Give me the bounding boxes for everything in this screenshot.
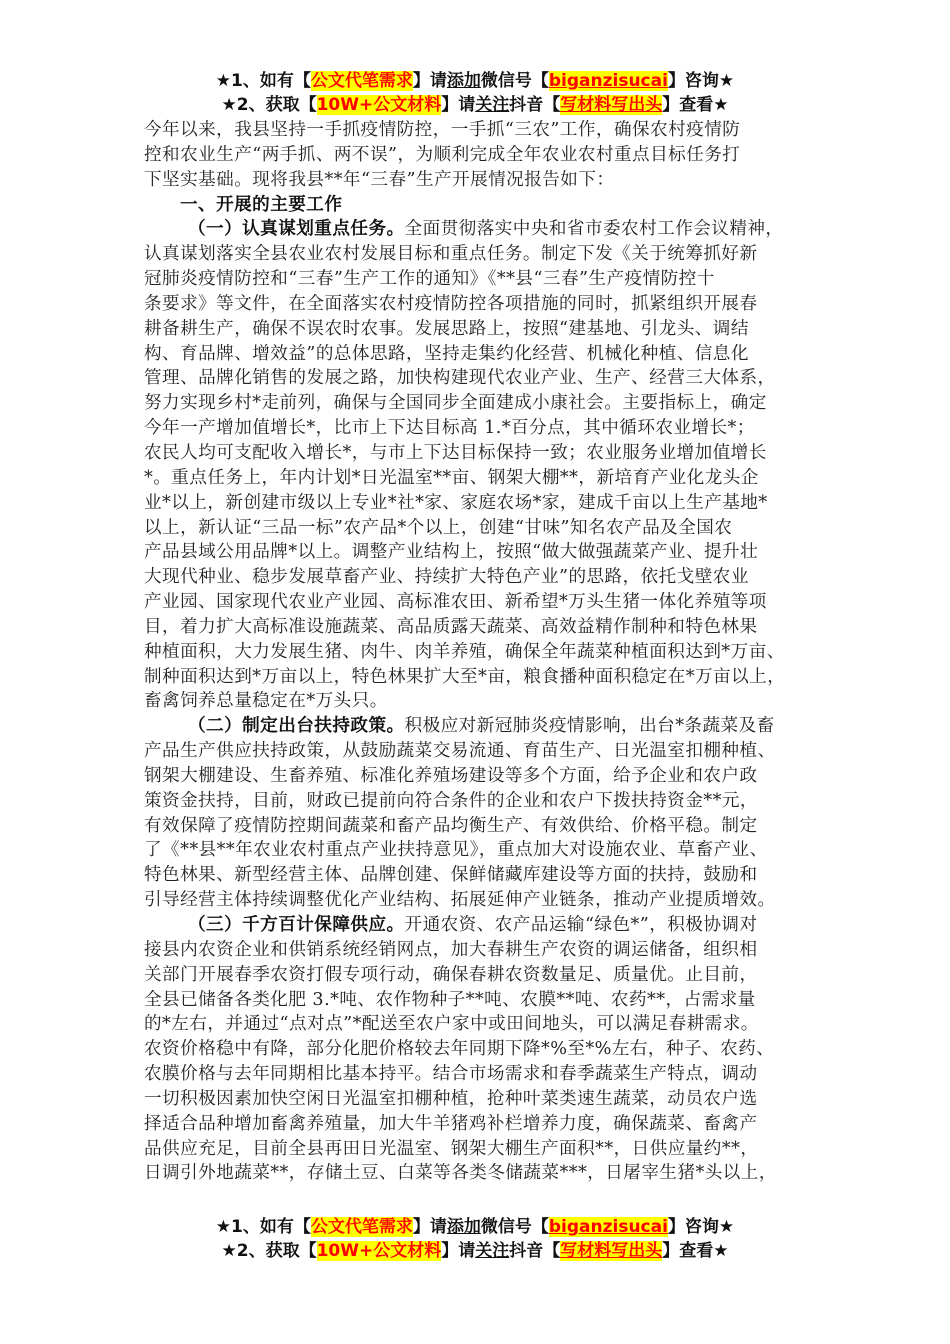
- paragraph-line: 目，着力扩大高标准设施蔬菜、高品质露天蔬菜、高效益精作制种和特色林果: [144, 615, 824, 640]
- paragraph-line: 全县已储备各类化肥 3.*吨、农作物种子**吨、农膜**吨、农药**，占需求量: [144, 988, 824, 1013]
- banner-text: ★1、如有【: [216, 1217, 311, 1237]
- banner-text: 微信号【: [481, 71, 549, 91]
- paragraph-line: 业*以上，新创建市级以上专业*社*家、家庭农场*家，建成千亩以上生产基地*: [144, 491, 824, 516]
- footer-banner: ★1、如有【公文代笔需求】请添加微信号【biganzisucai】咨询★ ★2、…: [0, 1215, 950, 1263]
- banner-text: ★2、获取【: [222, 1241, 317, 1261]
- intro-line: 今年以来，我县坚持一手抓疫情防控，一手抓“三农”工作，确保农村疫情防: [144, 118, 824, 143]
- paragraph-line: 大现代种业、稳步发展草畜产业、持续扩大特色产业”的思路，依托戈壁农业: [144, 565, 824, 590]
- subsection-2-first-line: （二）制定出台扶持政策。积极应对新冠肺炎疫情影响，出台*条蔬菜及畜: [144, 714, 824, 739]
- banner-text: 】请: [413, 1217, 447, 1237]
- banner-text: 】咨询★: [668, 71, 734, 91]
- douyin-id-highlight: 写材料写出头: [560, 95, 662, 115]
- banner-text: 】查看★: [662, 1241, 728, 1261]
- douyin-id-highlight: 写材料写出头: [560, 1241, 662, 1261]
- banner-text: ★2、获取【: [222, 95, 317, 115]
- paragraph-line: 努力实现乡村*走前列，确保与全国同步全面建成小康社会。主要指标上，确定: [144, 391, 824, 416]
- banner-text: 】请: [413, 71, 447, 91]
- paragraph-text: 开通农资、农产品运输“绿色*”，积极协调对: [405, 915, 758, 935]
- paragraph-line: 产品县域公用品牌*以上。调整产业结构上，按照“做大做强蔬菜产业、提升壮: [144, 540, 824, 565]
- underlined-add: 添加: [447, 71, 481, 91]
- paragraph-line: 关部门开展春季农资打假专项行动，确保春耕农资数量足、质量优。止目前，: [144, 963, 824, 988]
- paragraph-line: 有效保障了疫情防控期间蔬菜和畜产品均衡生产、有效供给、价格平稳。制定: [144, 814, 824, 839]
- paragraph-line: 钢架大棚建设、生畜养殖、标准化养殖场建设等多个方面，给予企业和农户政: [144, 764, 824, 789]
- subsection-3-first-line: （三）千方百计保障供应。开通农资、农产品运输“绿色*”，积极协调对: [144, 913, 824, 938]
- header-banner-line-2: ★2、获取【10W+公文材料】请关注抖音【写材料写出头】查看★: [0, 93, 950, 117]
- document-body: 今年以来，我县坚持一手抓疫情防控，一手抓“三农”工作，确保农村疫情防 控和农业生…: [144, 118, 824, 1186]
- paragraph-line: 今年一产增加值增长*，比市上下达目标高 1.*百分点，其中循环农业增长*；: [144, 416, 824, 441]
- paragraph-line: 策资金扶持，目前，财政已提前向符合条件的企业和农户下拨扶持资金**元，: [144, 789, 824, 814]
- banner-text: 微信号【: [481, 1217, 549, 1237]
- underlined-add: 添加: [447, 1217, 481, 1237]
- paragraph-line: *。重点任务上，年内计划*日光温室**亩、钢架大棚**，新培育产业化龙头企: [144, 466, 824, 491]
- wechat-id-highlight: biganzisucai: [549, 71, 668, 91]
- paragraph-line: 制种面积达到*万亩以上，特色林果扩大至*亩，粮食播种面积稳定在*万亩以上，: [144, 665, 824, 690]
- underlined-follow: 关注: [475, 95, 509, 115]
- footer-banner-line-2: ★2、获取【10W+公文材料】请关注抖音【写材料写出头】查看★: [0, 1239, 950, 1263]
- banner-text: 抖音【: [509, 1241, 560, 1261]
- footer-banner-line-1: ★1、如有【公文代笔需求】请添加微信号【biganzisucai】咨询★: [0, 1215, 950, 1239]
- header-banner: ★1、如有【公文代笔需求】请添加微信号【biganzisucai】咨询★ ★2、…: [0, 69, 950, 117]
- subsection-2-title: （二）制定出台扶持政策。: [188, 716, 405, 736]
- paragraph-line: 冠肺炎疫情防控和“三春”生产工作的通知》《**县“三春”生产疫情防控十: [144, 267, 824, 292]
- paragraph-text: 全面贯彻落实中央和省市委农村工作会议精神，: [405, 219, 784, 239]
- intro-line: 控和农业生产“两手抓、两不误”，为顺利完成全年农业农村重点目标任务打: [144, 143, 824, 168]
- intro-line: 下坚实基础。现将我县**年“三春”生产开展情况报告如下：: [144, 168, 824, 193]
- paragraph-line: 产品生产供应扶持政策，从鼓励蔬菜交易流通、育苗生产、日光温室扣棚种植、: [144, 739, 824, 764]
- banner-text: 抖音【: [509, 95, 560, 115]
- paragraph-line: 引导经营主体持续调整优化产业结构、拓展延伸产业链条，推动产业提质增效。: [144, 888, 824, 913]
- paragraph-line: 一切积极因素加快空闲日光温室扣棚种植，抢种叶菜类速生蔬菜，动员农户选: [144, 1087, 824, 1112]
- paragraph-line: 产业园、国家现代农业产业园、高标准农田、新希望*万头生猪一体化养殖等项: [144, 590, 824, 615]
- highlight-materials: 10W+公文材料: [317, 95, 442, 115]
- subsection-1-first-line: （一）认真谋划重点任务。全面贯彻落实中央和省市委农村工作会议精神，: [144, 217, 824, 242]
- header-banner-line-1: ★1、如有【公文代笔需求】请添加微信号【biganzisucai】咨询★: [0, 69, 950, 93]
- banner-text: 】请: [441, 95, 475, 115]
- paragraph-line: 择适合品种增加畜禽养殖量，加大牛羊猪鸡补栏增养力度，确保蔬菜、畜禽产: [144, 1112, 824, 1137]
- subsection-3-title: （三）千方百计保障供应。: [188, 915, 405, 935]
- paragraph-line: 管理、品牌化销售的发展之路，加快构建现代农业产业、生产、经营三大体系，: [144, 366, 824, 391]
- paragraph-line: 日调引外地蔬菜**，存储土豆、白菜等各类冬储蔬菜***，日屠宰生猪*头以上，: [144, 1161, 824, 1186]
- paragraph-line: 农膜价格与去年同期相比基本持平。结合市场需求和春季蔬菜生产特点，调动: [144, 1062, 824, 1087]
- paragraph-line: 认真谋划落实全县农业农村发展目标和重点任务。制定下发《关于统筹抓好新: [144, 242, 824, 267]
- paragraph-line: 的*左右，并通过“点对点”*配送至农户家中或田间地头，可以满足春耕需求。: [144, 1012, 824, 1037]
- subsection-1-title: （一）认真谋划重点任务。: [188, 219, 405, 239]
- highlight-service: 公文代笔需求: [311, 71, 413, 91]
- paragraph-line: 条要求》等文件，在全面落实农村疫情防控各项措施的同时，抓紧组织开展春: [144, 292, 824, 317]
- banner-text: 】咨询★: [668, 1217, 734, 1237]
- document-page: ★1、如有【公文代笔需求】请添加微信号【biganzisucai】咨询★ ★2、…: [0, 0, 950, 1344]
- banner-text: 】请: [441, 1241, 475, 1261]
- paragraph-line: 农民人均可支配收入增长*，与市上下达目标保持一致；农业服务业增加值增长: [144, 441, 824, 466]
- paragraph-line: 品供应充足，目前全县再田日光温室、钢架大棚生产面积**，日供应量约**，: [144, 1137, 824, 1162]
- highlight-service: 公文代笔需求: [311, 1217, 413, 1237]
- paragraph-line: 以上，新认证“三品一标”农产品*个以上，创建“甘味”知名农产品及全国农: [144, 516, 824, 541]
- paragraph-line: 构、育品牌、增效益”的总体思路，坚持走集约化经营、机械化种植、信息化: [144, 342, 824, 367]
- paragraph-line: 耕备耕生产，确保不误农时农事。发展思路上，按照“建基地、引龙头、调结: [144, 317, 824, 342]
- paragraph-line: 种植面积，大力发展生猪、肉牛、肉羊养殖，确保全年蔬菜种植面积达到*万亩、: [144, 640, 824, 665]
- paragraph-line: 特色林果、新型经营主体、品牌创建、保鲜储藏库建设等方面的扶持，鼓励和: [144, 863, 824, 888]
- section-heading: 一、开展的主要工作: [144, 193, 824, 218]
- paragraph-line: 农资价格稳中有降，部分化肥价格较去年同期下降*%至*%左右，种子、农药、: [144, 1037, 824, 1062]
- paragraph-text: 积极应对新冠肺炎疫情影响，出台*条蔬菜及畜: [405, 716, 775, 736]
- highlight-materials: 10W+公文材料: [317, 1241, 442, 1261]
- paragraph-line: 畜禽饲养总量稳定在*万头只。: [144, 689, 824, 714]
- paragraph-line: 接县内农资企业和供销系统经销网点，加大春耕生产农资的调运储备，组织相: [144, 938, 824, 963]
- underlined-follow: 关注: [475, 1241, 509, 1261]
- paragraph-line: 了《**县**年农业农村重点产业扶持意见》，重点加大对设施农业、草畜产业、: [144, 838, 824, 863]
- banner-text: 】查看★: [662, 95, 728, 115]
- banner-text: ★1、如有【: [216, 71, 311, 91]
- wechat-id-highlight: biganzisucai: [549, 1217, 668, 1237]
